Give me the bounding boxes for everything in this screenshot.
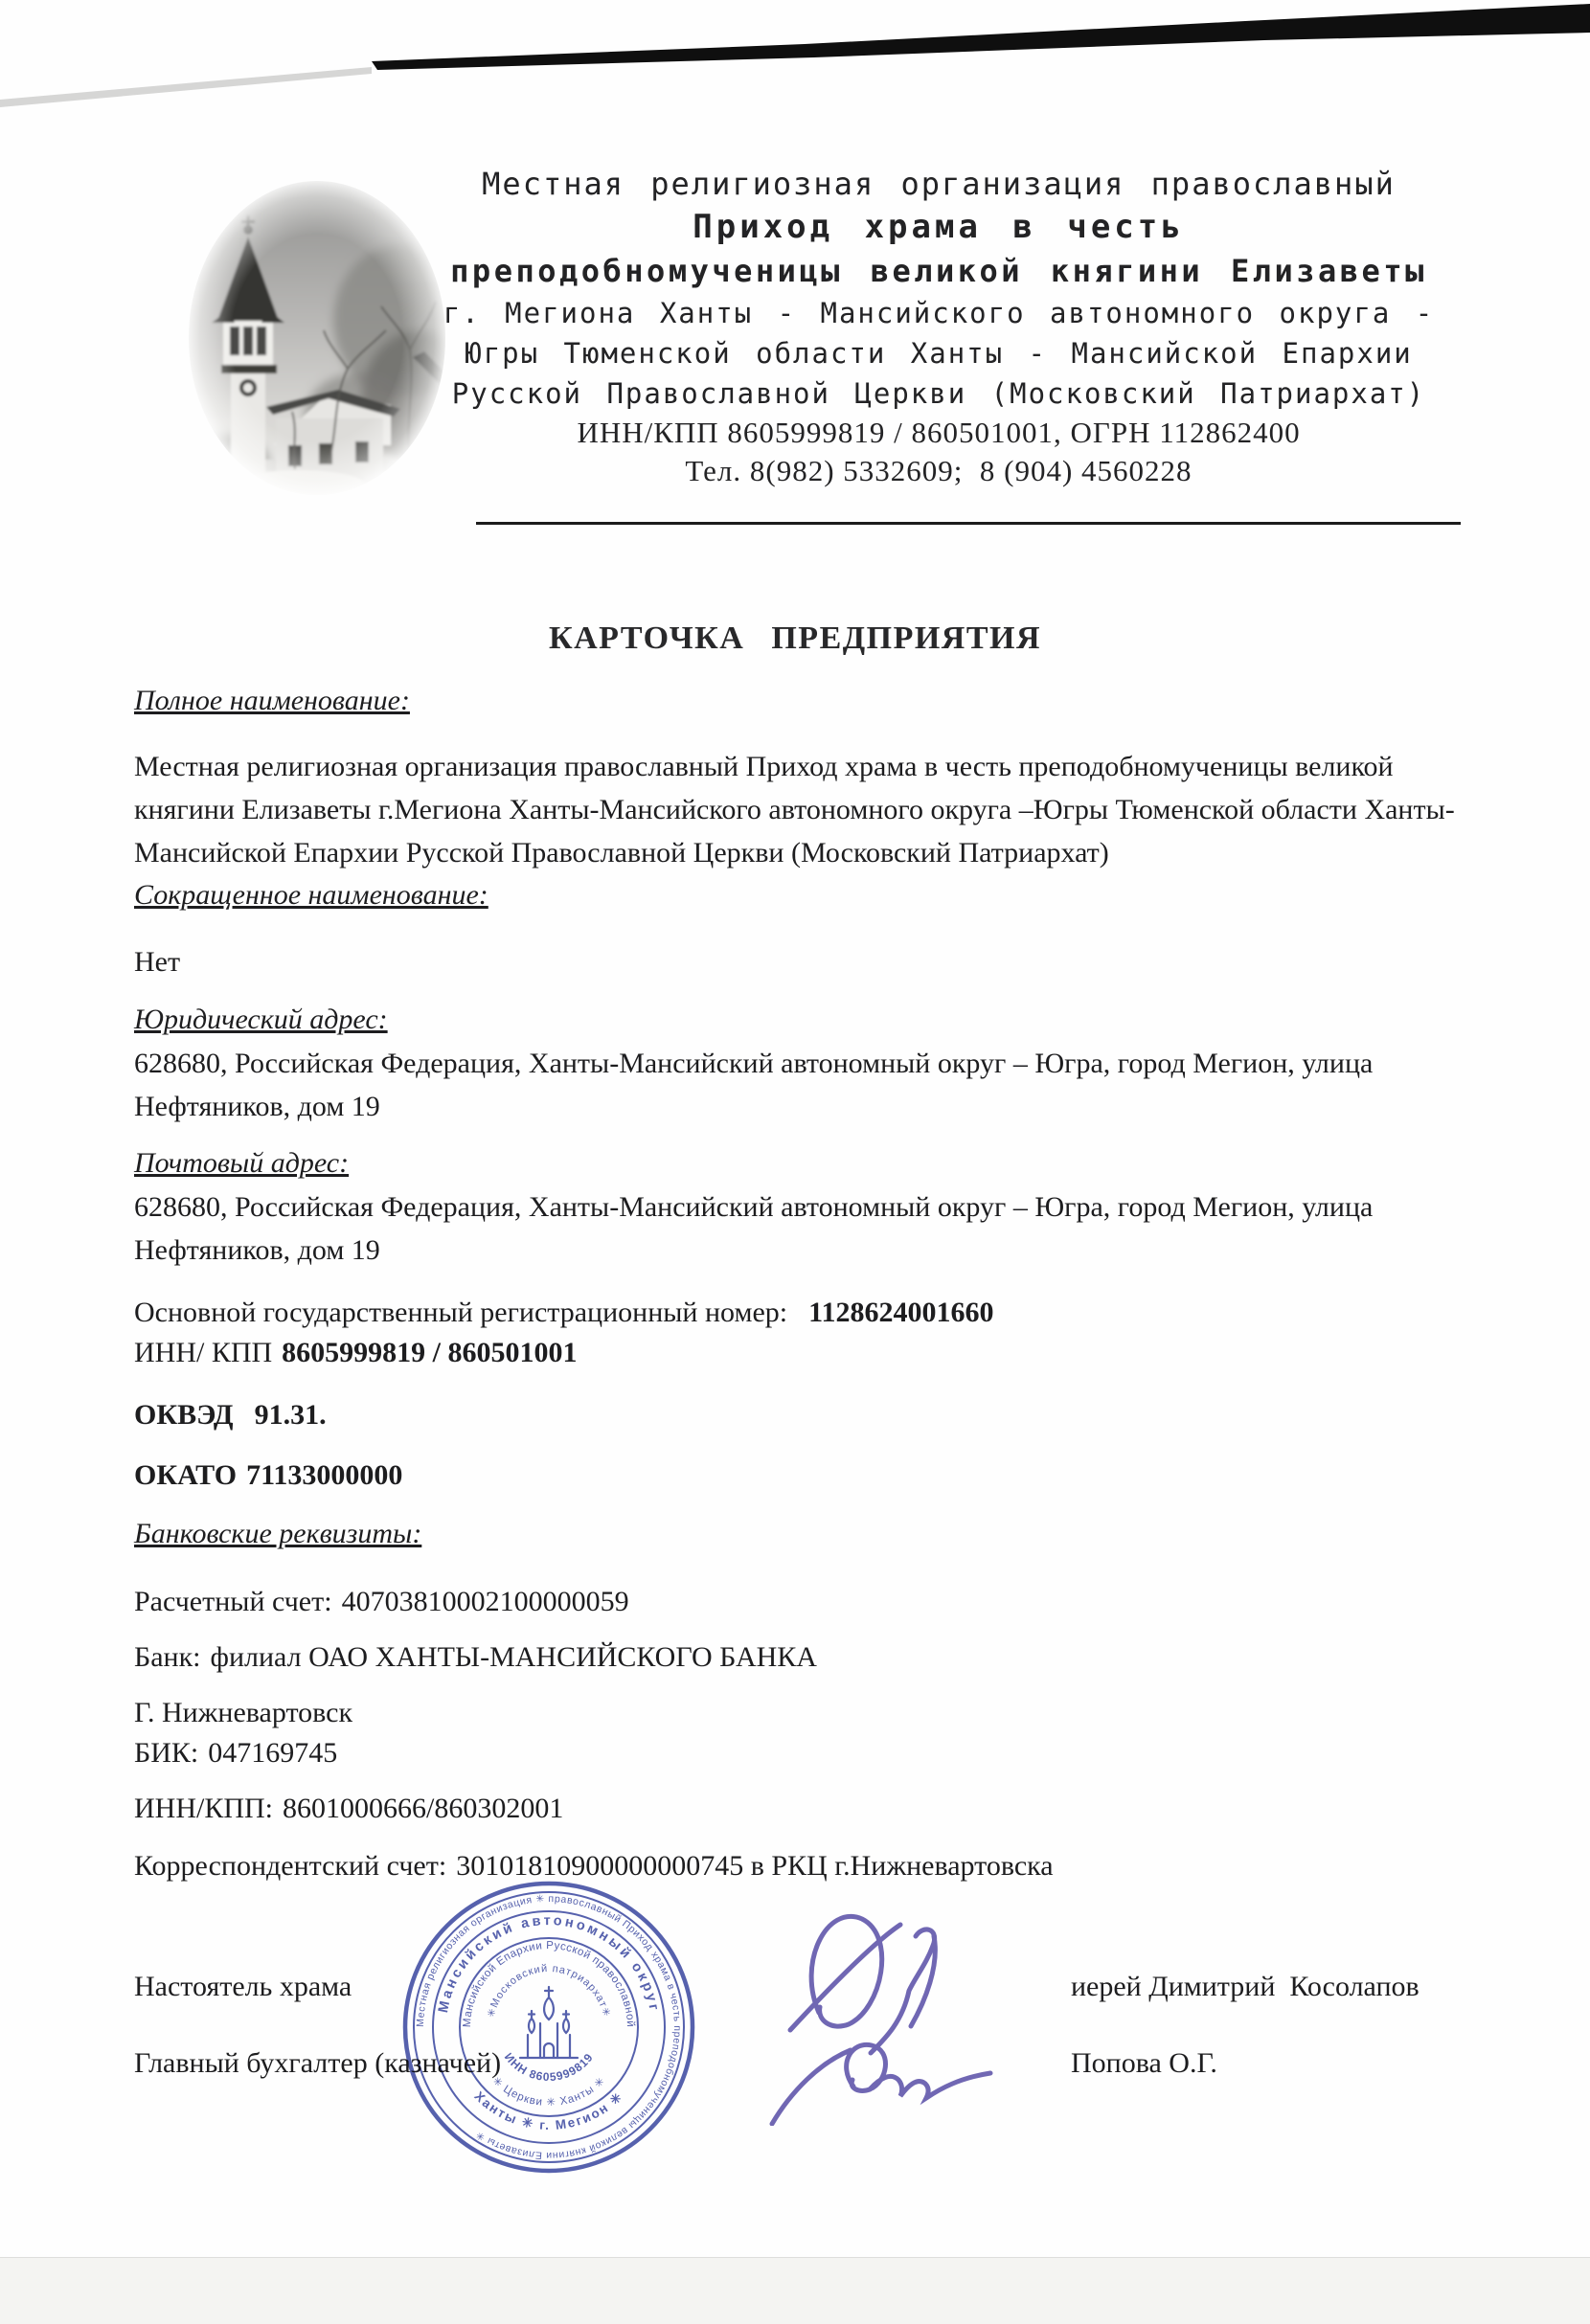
signature — [738, 1848, 1006, 2126]
ogrn-line: Основной государственный регистрационный… — [134, 1291, 993, 1334]
svg-text:Ханты ✳ г. Мегион ✳: Ханты ✳ г. Мегион ✳ — [471, 2088, 625, 2132]
round-stamp: Местная религиозная организация ✳ правос… — [400, 1879, 697, 2176]
letterhead-line-6: Русской Православной Церкви (Московский … — [330, 373, 1547, 414]
short-name-label: Сокращенное наименование: — [134, 879, 488, 912]
rector-label: Настоятель храма — [134, 1965, 352, 2008]
full-name-label: Полное наименование: — [134, 685, 410, 717]
letterhead-phone-line: Тел. 8(982) 5332609; 8 (904) 4560228 — [330, 452, 1547, 490]
page-title: КАРТОЧКА ПРЕДПРИЯТИЯ — [0, 620, 1590, 657]
letterhead-line-3: преподобномученицы великой княгини Елиза… — [330, 249, 1547, 293]
bank-inn-kpp-value: 8601000666/860302001 — [283, 1793, 563, 1824]
bank-account-value: 40703810002100000059 — [342, 1586, 629, 1617]
bank-city-line: Г. Нижневартовск — [134, 1691, 352, 1734]
okved-line: ОКВЭД91.31. — [134, 1393, 327, 1436]
full-name-value: Местная религиозная организация правосла… — [134, 745, 1475, 874]
signature-strokes — [772, 1916, 990, 2124]
okato-line: ОКАТО71133000000 — [134, 1454, 402, 1497]
letterhead-line-1: Местная религиозная организация правосла… — [330, 163, 1547, 205]
stamp-church-icon — [520, 1987, 578, 2058]
bank-account-line: Расчетный счет:40703810002100000059 — [134, 1580, 629, 1623]
bank-corr-label: Корреспондентский счет: — [134, 1850, 446, 1882]
legal-address-value: 628680, Российская Федерация, Ханты-Манс… — [134, 1042, 1379, 1128]
letterhead-line-2: Приход храма в честь — [330, 205, 1547, 249]
stamp-ring2-bottom-text: Ханты ✳ г. Мегион ✳ — [471, 2088, 625, 2132]
bank-inn-kpp-line: ИНН/КПП:8601000666/860302001 — [134, 1787, 563, 1830]
letterhead-line-5: Югры Тюменской области Ханты - Мансийско… — [330, 333, 1547, 373]
bank-bik-value: 047169745 — [208, 1737, 337, 1769]
short-name-value: Нет — [134, 940, 180, 983]
scan-artifact-bottom — [0, 2257, 1590, 2324]
inn-kpp-line: ИНН/ КПП8605999819 / 860501001 — [134, 1331, 578, 1374]
ogrn-value: 1128624001660 — [808, 1297, 993, 1328]
svg-text:ИНН 8605999819: ИНН 8605999819 — [502, 2050, 596, 2084]
bank-name-label: Банк: — [134, 1641, 201, 1673]
letterhead-divider — [476, 522, 1461, 525]
letterhead: Местная религиозная организация правосла… — [330, 163, 1547, 490]
scan-streak-black — [372, 4, 1590, 70]
legal-address-label: Юридический адрес: — [134, 1004, 388, 1036]
bank-inn-kpp-label: ИНН/КПП: — [134, 1793, 273, 1824]
inn-kpp-label: ИНН/ КПП — [134, 1337, 272, 1368]
postal-address-value: 628680, Российская Федерация, Ханты-Манс… — [134, 1185, 1379, 1272]
scan-streak-gray — [0, 67, 372, 107]
inn-kpp-value: 8605999819 / 860501001 — [282, 1337, 577, 1368]
letterhead-inn-line: ИНН/КПП 8605999819 / 860501001, ОГРН 112… — [330, 414, 1547, 452]
okved-value: 91.31. — [255, 1399, 327, 1431]
bank-name-value: филиал ОАО ХАНТЫ-МАНСИЙСКОГО БАНКА — [211, 1641, 817, 1673]
bank-details-label: Банковские реквизиты: — [134, 1518, 421, 1550]
letterhead-line-4: г. Мегиона Ханты - Мансийского автономно… — [330, 293, 1547, 333]
bank-name-line: Банк:филиал ОАО ХАНТЫ-МАНСИЙСКОГО БАНКА — [134, 1636, 817, 1679]
rector-name: иерей Димитрий Косолапов — [1071, 1965, 1420, 2008]
ogrn-label: Основной государственный регистрационный… — [134, 1297, 787, 1328]
accountant-name: Попова О.Г. — [1071, 2042, 1217, 2085]
bank-account-label: Расчетный счет: — [134, 1586, 332, 1617]
okato-value: 71133000000 — [246, 1459, 402, 1491]
company-card-document: Местная религиозная организация правосла… — [0, 0, 1590, 2324]
okato-label: ОКАТО — [134, 1459, 237, 1491]
postal-address-label: Почтовый адрес: — [134, 1147, 349, 1180]
stamp-inn-text: ИНН 8605999819 — [502, 2050, 596, 2084]
okved-label: ОКВЭД — [134, 1399, 234, 1431]
scan-artifact-top — [0, 0, 1590, 124]
bank-bik-line: БИК:047169745 — [134, 1731, 337, 1774]
bank-bik-label: БИК: — [134, 1737, 198, 1769]
